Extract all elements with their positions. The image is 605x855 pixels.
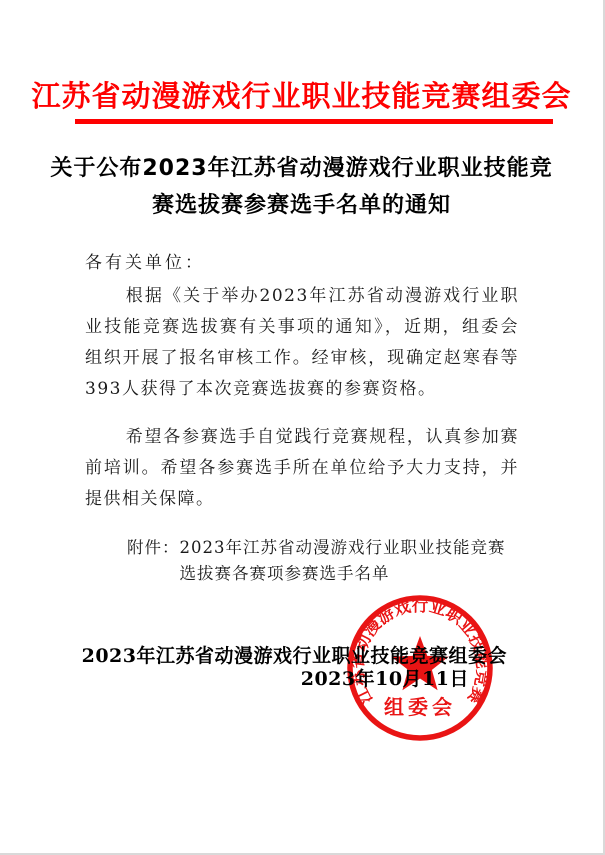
salutation: 各有关单位：	[85, 248, 519, 279]
document-body: 各有关单位： 根据《关于举办2023年江苏省动漫游戏行业职业技能竞赛选拔赛有关事…	[85, 248, 519, 587]
document-title-line-2: 赛选拔赛参赛选手名单的通知	[40, 187, 563, 224]
document-page: 江苏省动漫游戏行业职业技能竞赛组委会 关于公布2023年江苏省动漫游戏行业职业技…	[0, 0, 605, 855]
letterhead-org-name: 江苏省动漫游戏行业职业技能竞赛组委会	[0, 74, 603, 115]
attachment-text: 2023年江苏省动漫游戏行业职业技能竞赛选拔赛各赛项参赛选手名单	[180, 535, 520, 587]
star-icon	[392, 636, 449, 690]
document-title-line-1: 关于公布2023年江苏省动漫游戏行业职业技能竞	[40, 150, 563, 187]
attachment-label: 附件：	[127, 535, 180, 587]
official-seal-stamp: 江苏省动漫游戏行业职业技能竞赛 组委会	[344, 592, 496, 744]
letterhead-rule	[75, 119, 553, 124]
attachment-line: 附件： 2023年江苏省动漫游戏行业职业技能竞赛选拔赛各赛项参赛选手名单	[127, 535, 519, 587]
paragraph-review-result: 根据《关于举办2023年江苏省动漫游戏行业职业技能竞赛选拔赛有关事项的通知》，近…	[85, 281, 519, 405]
document-title: 关于公布2023年江苏省动漫游戏行业职业技能竞 赛选拔赛参赛选手名单的通知	[40, 150, 563, 224]
paragraph-expectations: 希望各参赛选手自觉践行竞赛规程，认真参加赛前培训。希望各参赛选手所在单位给予大力…	[85, 422, 519, 515]
seal-bottom-text: 组委会	[384, 695, 456, 719]
